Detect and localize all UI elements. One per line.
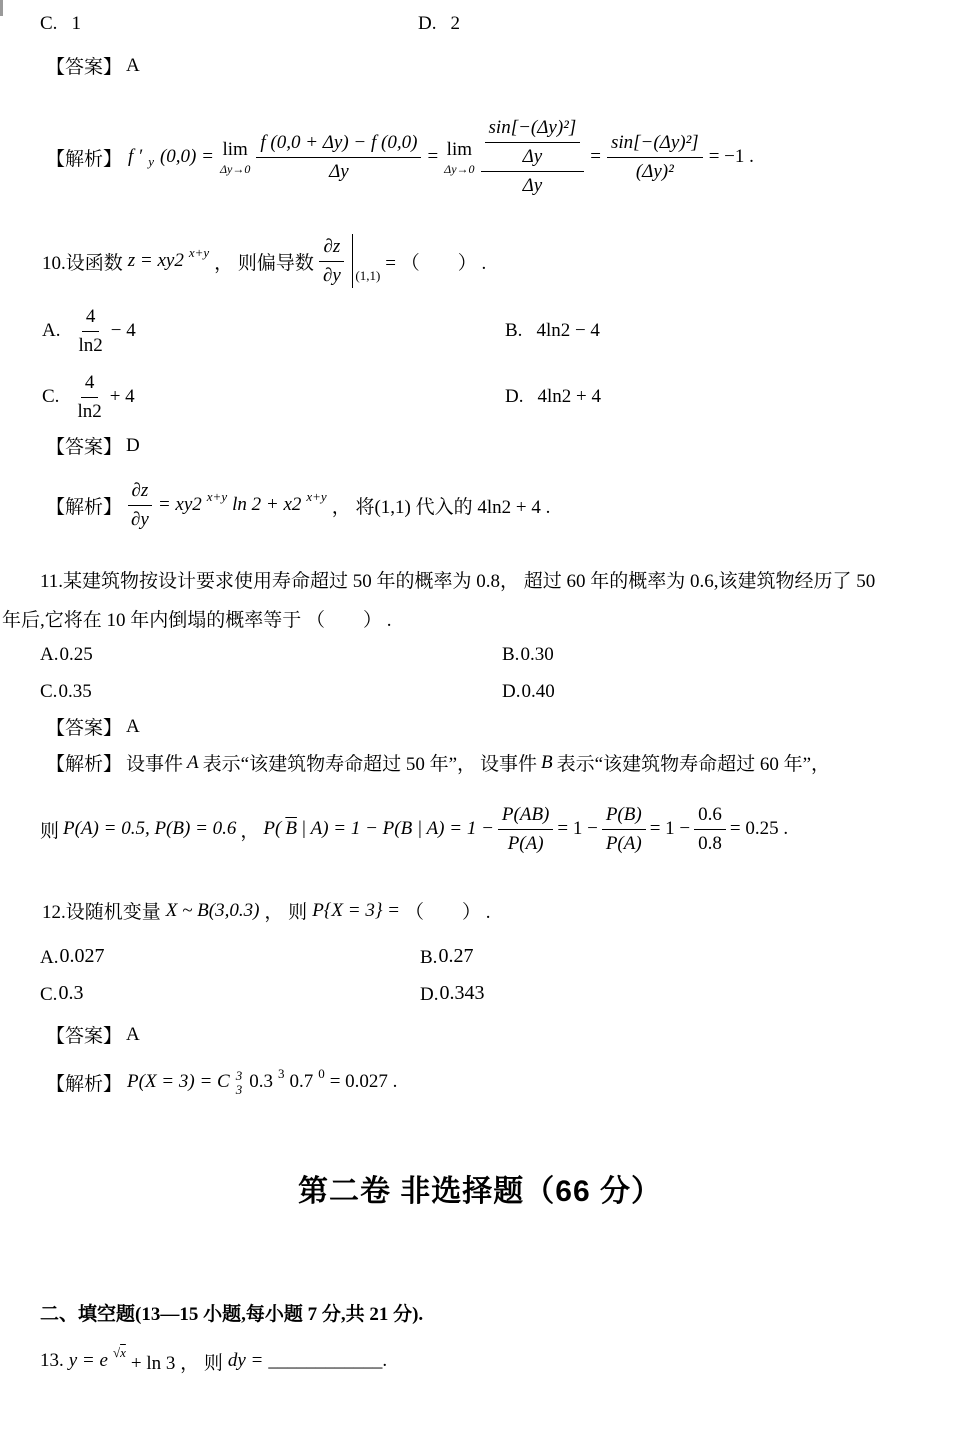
option-value: 4ln2 + 4	[537, 386, 601, 408]
option-value: 0.3	[58, 982, 83, 1005]
q12-answer-line: 【答案】 A	[46, 1021, 140, 1048]
q9-analysis-line: 【解析】 f ′y (0,0) = lim Δy→0 f (0,0 + Δy) …	[46, 96, 754, 218]
option-label: D.	[502, 681, 520, 703]
stem-mid-text: ， 则	[264, 897, 307, 924]
denominator: Δy	[519, 143, 547, 169]
fill-section-heading: 二、填空题(13—15 小题,每小题 7 分,共 21 分).	[40, 1299, 423, 1326]
fraction-pab: P(AB) P(A)	[498, 803, 553, 856]
analysis-label: 【解析】	[46, 492, 122, 519]
limit-2: lim Δy→0	[444, 140, 474, 175]
q10-option-a: A. 4 ln2 − 4	[42, 300, 136, 362]
fraction-values: 0.6 0.8	[694, 803, 726, 856]
distribution: X ~ B(3,0.3)	[166, 900, 260, 922]
option-label: B.	[420, 947, 437, 969]
question-number: 13.	[40, 1350, 64, 1372]
subscript: 3	[236, 1083, 243, 1097]
numerator: sin[−(Δy)²]	[485, 116, 581, 143]
eval-point: (1,1)	[355, 268, 380, 284]
p-open: P(	[263, 818, 281, 840]
event-a: A	[187, 752, 199, 774]
answer-blank: ____________.	[268, 1350, 387, 1372]
answer-value: D	[126, 435, 140, 457]
denominator: (Δy)²	[632, 158, 678, 184]
text: 设事件	[126, 749, 183, 776]
event-b: B	[541, 752, 553, 774]
text: 表示“该建筑物寿命超过 50 年”，	[203, 749, 476, 776]
factor-1: 0.3	[249, 1071, 273, 1093]
partial-fraction: ∂z ∂y	[127, 479, 153, 532]
option-tail: − 4	[111, 320, 136, 342]
superscript: 3	[236, 1069, 243, 1083]
exponent-sqrt: √x	[113, 1345, 126, 1361]
option-fraction: 4 ln2	[74, 305, 106, 358]
derivative-expr-2: ln 2 + x2	[232, 494, 301, 516]
denominator: P(A)	[602, 830, 646, 856]
denominator: P(A)	[504, 830, 548, 856]
lim-word: lim	[447, 140, 472, 159]
option-value: 1	[71, 13, 81, 35]
limit-1: lim Δy→0	[220, 140, 250, 175]
answer-value: A	[126, 716, 140, 738]
q13-stem: 13. y = e√x + ln 3 ， 则 dy = ____________…	[40, 1340, 387, 1382]
question-number-text: 10.设函数	[42, 248, 123, 275]
option-label: D.	[420, 984, 438, 1006]
differential: dy =	[228, 1350, 264, 1372]
q10-option-b: B. 4ln2 − 4	[505, 300, 600, 362]
option-label: B.	[502, 644, 519, 666]
lim-under: Δy→0	[220, 163, 250, 175]
option-value: 2	[450, 13, 460, 35]
answer-label: 【答案】	[46, 713, 122, 740]
option-tail: + 4	[110, 386, 135, 408]
option-label: A.	[42, 320, 60, 342]
section-title: 第二卷 非选择题（66 分）	[0, 1166, 960, 1210]
answer-value: A	[126, 1024, 140, 1046]
option-label: C.	[40, 984, 57, 1006]
option-value: 0.40	[521, 681, 554, 703]
q10-stem: 10.设函数 z = xy2x+y ， 则偏导数 ∂z ∂y (1,1) = （…	[42, 228, 486, 294]
q9-answer-line: 【答案】 A	[46, 52, 140, 79]
q9-option-c: C. 1	[40, 13, 81, 35]
numerator: P(AB)	[498, 803, 553, 830]
numerator: sin[−(Δy)²] Δy	[481, 116, 585, 172]
q10-option-d: D. 4ln2 + 4	[505, 366, 601, 428]
factor-2: 0.7	[289, 1071, 313, 1093]
q10-analysis-line: 【解析】 ∂z ∂y = xy2x+y ln 2 + x2x+y ， 将(1,1…	[46, 474, 550, 536]
denominator: Δy	[325, 158, 353, 184]
vertical-bar	[352, 234, 354, 288]
radical-sign: √	[113, 1345, 120, 1360]
numerator: 0.6	[694, 803, 726, 830]
evaluation-bar: (1,1)	[352, 234, 381, 288]
fraction-1: f (0,0 + Δy) − f (0,0) Δy	[256, 131, 421, 184]
equals: =	[590, 146, 601, 168]
numerator: P(B)	[602, 803, 646, 830]
derivative-expr: = xy2	[158, 494, 202, 516]
f-args: (0,0) =	[160, 146, 214, 168]
option-label: D.	[418, 13, 436, 35]
option-label: C.	[40, 681, 57, 703]
answer-label: 【答案】	[46, 1021, 122, 1048]
stem-mid-text: + ln 3 ， 则	[131, 1348, 223, 1375]
function-def: z = xy2	[128, 250, 184, 272]
result: = −1 .	[709, 146, 754, 168]
q11-answer-line: 【答案】 A	[46, 713, 140, 740]
q11-option-b: B. 0.30	[502, 644, 554, 666]
result: = 0.027 .	[330, 1071, 398, 1093]
radicand: x	[120, 1345, 126, 1360]
comma: ，	[240, 816, 259, 843]
result: = 0.25 .	[730, 818, 788, 840]
equals: = 1 −	[650, 818, 690, 840]
q11-stem-line1: 11.某建筑物按设计要求使用寿命超过 50 年的概率为 0.8， 超过 60 年…	[40, 566, 875, 593]
numerator: 4	[82, 305, 100, 332]
q10-answer-line: 【答案】 D	[46, 432, 140, 459]
text: 则	[40, 816, 59, 843]
q12-option-c: C. 0.3	[40, 983, 83, 1006]
q11-option-d: D. 0.40	[502, 681, 555, 703]
q12-option-d: D. 0.343	[420, 983, 484, 1006]
option-value: 0.25	[59, 644, 92, 666]
numerator: f (0,0 + Δy) − f (0,0)	[256, 131, 421, 158]
stem-mid-text: ， 则偏导数	[214, 248, 314, 275]
option-value: 0.343	[439, 982, 484, 1005]
numerator: ∂z	[319, 235, 344, 262]
denominator: Δy	[519, 172, 547, 198]
exponent: x+y	[306, 489, 326, 505]
exponent: x+y	[207, 489, 227, 505]
q11-option-a: A. 0.25	[40, 644, 93, 666]
stem-tail-text: （ ） .	[405, 897, 491, 924]
q11-option-c: C. 0.35	[40, 681, 92, 703]
stem-tail-text: = （ ） .	[385, 248, 486, 275]
q11-stem-line2: 年后,它将在 10 年内倒塌的概率等于 （ ） .	[2, 605, 392, 632]
function-def: y = e	[69, 1350, 108, 1372]
q12-stem: 12.设随机变量 X ~ B(3,0.3) ， 则 P{X = 3} = （ ）…	[42, 897, 491, 924]
q12-option-a: A. 0.027	[40, 946, 104, 969]
option-fraction: 4 ln2	[73, 371, 105, 424]
f-prime: f ′	[128, 146, 142, 168]
option-label: B.	[505, 320, 522, 342]
lim-under: Δy→0	[444, 163, 474, 175]
equals: =	[427, 146, 438, 168]
q11-analysis-line1: 【解析】 设事件 A 表示“该建筑物寿命超过 50 年”， 设事件 B 表示“该…	[46, 749, 830, 776]
document-page: C. 1 D. 2 【答案】 A 【解析】 f ′y (0,0) = lim Δ…	[0, 0, 960, 1430]
numerator: sin[−(Δy)²]	[607, 131, 703, 158]
option-value: 0.27	[438, 945, 473, 968]
analysis-tail: ， 将(1,1) 代入的 4ln2 + 4 .	[332, 492, 551, 519]
q11-analysis-line2: 则 P(A) = 0.5, P(B) = 0.6 ， P(B| A) = 1 −…	[40, 796, 788, 862]
q9-option-d: D. 2	[418, 13, 460, 35]
fraction-nested: sin[−(Δy)²] Δy Δy	[481, 116, 585, 197]
p-rest: | A) = 1 − P(B | A) = 1 −	[301, 818, 494, 840]
analysis-label: 【解析】	[46, 1069, 122, 1096]
equals: = 1 −	[557, 818, 597, 840]
fraction-3: sin[−(Δy)²] (Δy)²	[607, 131, 703, 184]
q12-option-b: B. 0.27	[420, 946, 473, 969]
denominator: ln2	[73, 398, 105, 424]
fraction-pb: P(B) P(A)	[602, 803, 646, 856]
answer-label: 【答案】	[46, 432, 122, 459]
answer-value: A	[126, 55, 140, 77]
probabilities: P(A) = 0.5, P(B) = 0.6	[63, 818, 236, 840]
analysis-label: 【解析】	[46, 144, 122, 171]
text: 设事件	[480, 749, 537, 776]
option-label: C.	[42, 386, 59, 408]
question-number-text: 12.设随机变量	[42, 897, 161, 924]
option-value: 0.35	[58, 681, 91, 703]
denominator: 0.8	[694, 830, 726, 856]
answer-label: 【答案】	[46, 52, 122, 79]
option-value: 0.30	[520, 644, 553, 666]
option-label: A.	[40, 644, 58, 666]
page-edge-mark	[0, 0, 3, 16]
option-label: A.	[40, 947, 58, 969]
denominator: ∂y	[127, 506, 153, 532]
partial-fraction: ∂z ∂y	[319, 235, 345, 288]
probability-expr: P{X = 3} =	[312, 900, 400, 922]
option-label: C.	[40, 13, 57, 35]
q12-analysis-line: 【解析】 P(X = 3) = C33 0.33 0.70 = 0.027 .	[46, 1060, 397, 1104]
denominator: ∂y	[319, 262, 345, 288]
option-label: D.	[505, 386, 523, 408]
exponent: 3	[278, 1066, 285, 1082]
b-bar: B	[285, 818, 297, 840]
lim-word: lim	[222, 140, 247, 159]
numerator: 4	[81, 371, 99, 398]
text: 表示“该建筑物寿命超过 60 年”，	[557, 749, 830, 776]
exponent: x+y	[189, 245, 209, 261]
combination-head: P(X = 3) = C	[127, 1071, 230, 1093]
analysis-label: 【解析】	[46, 749, 122, 776]
denominator: ln2	[74, 332, 106, 358]
inner-fraction: sin[−(Δy)²] Δy	[485, 116, 581, 169]
combination-indices: 33	[236, 1069, 243, 1096]
numerator: ∂z	[128, 479, 153, 506]
f-subscript: y	[148, 154, 154, 170]
option-value: 4ln2 − 4	[536, 320, 600, 342]
option-value: 0.027	[59, 945, 104, 968]
exponent: 0	[318, 1066, 325, 1082]
q10-option-c: C. 4 ln2 + 4	[42, 366, 135, 428]
